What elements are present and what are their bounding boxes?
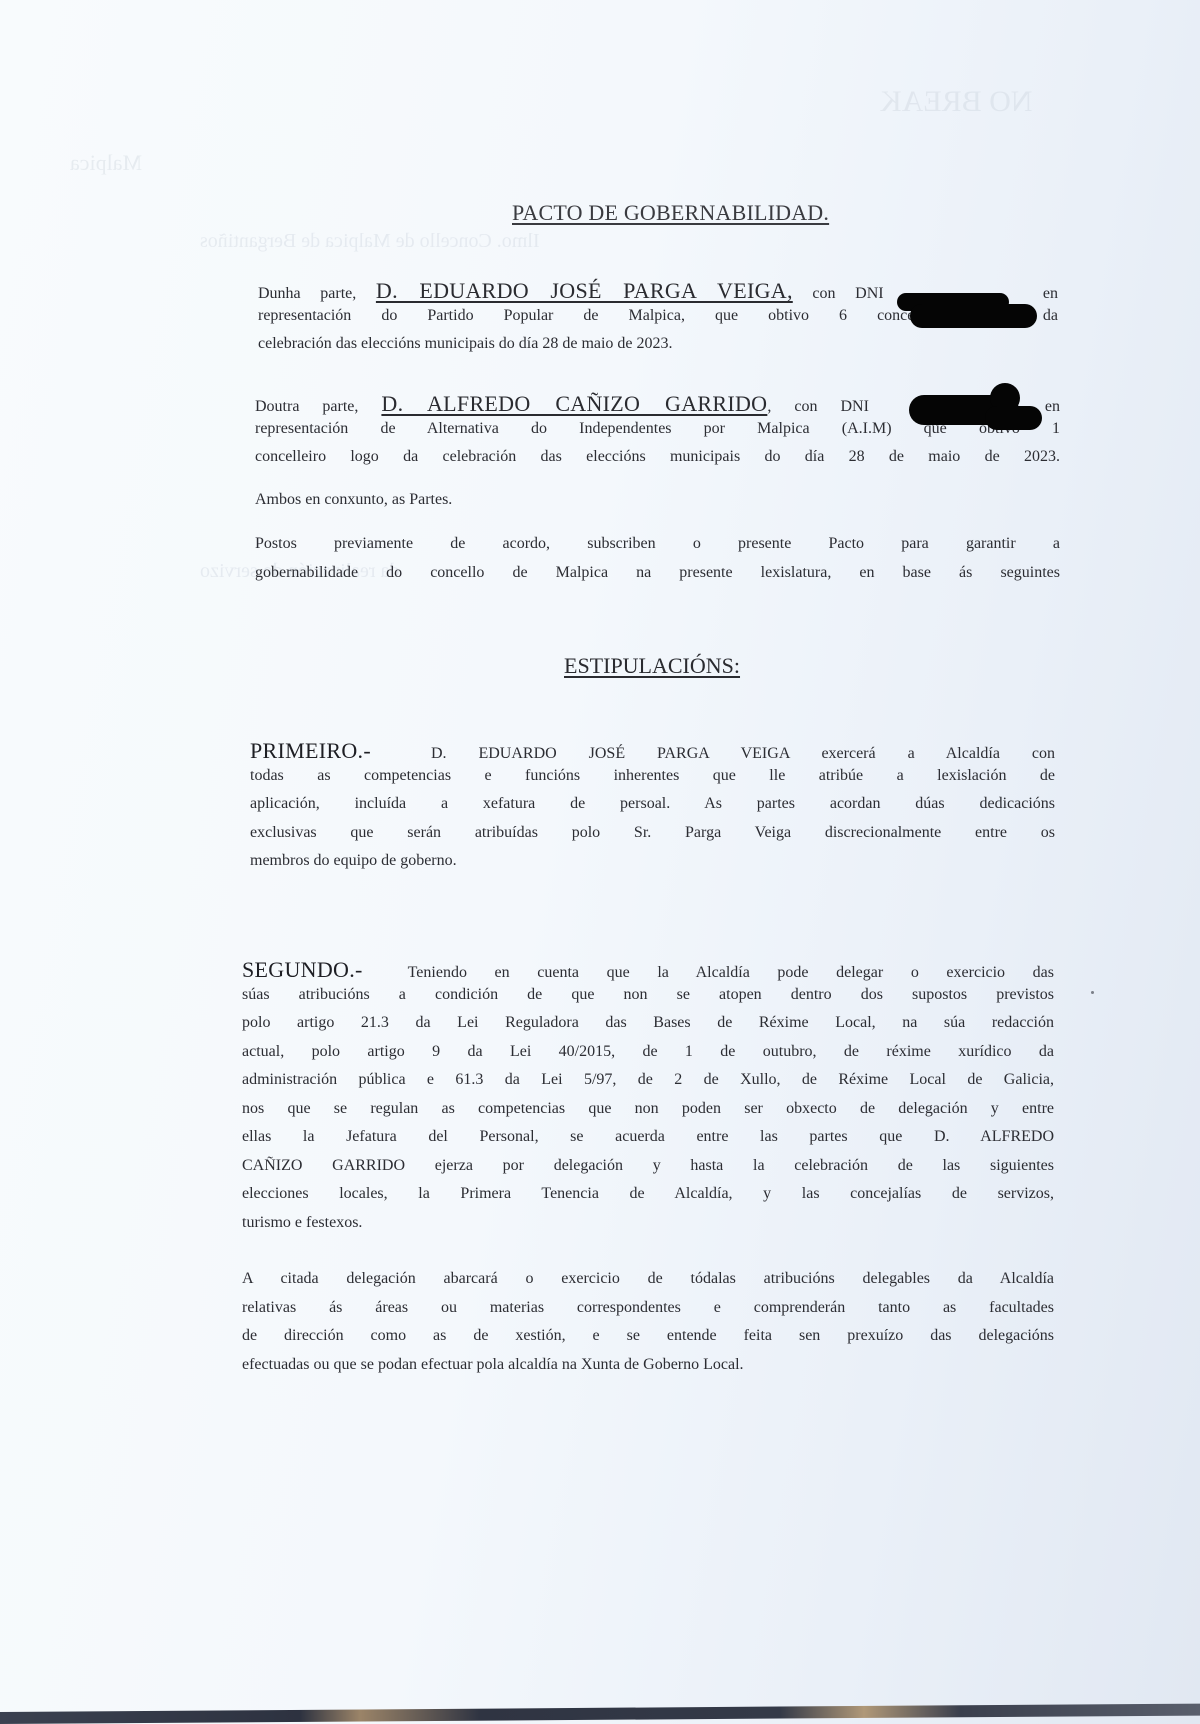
clause-1-line-2: todas as competencias e funcións inheren… (250, 767, 1055, 796)
clause-2-line-3: polo artigo 21.3 da Lei Reguladora das B… (242, 1014, 1054, 1043)
both-parties-line: Ambos en conxunto, as Partes. (255, 491, 1060, 520)
clause-2-line-8: CAÑIZO GARRIDO ejerza por delegación y h… (242, 1157, 1054, 1186)
redaction-dni-1-lower (910, 304, 1037, 328)
party-1-line-3: celebración das eleccións municipais do … (258, 335, 1058, 364)
party-2-name: D. ALFREDO CAÑIZO GARRIDO (381, 391, 767, 416)
redaction-dni-2-tail (985, 406, 1042, 430)
closing-line-4: efectuadas ou que se podan efectuar pola… (242, 1356, 1054, 1385)
clause-1-line-4: exclusivas que serán atribuídas polo Sr.… (250, 824, 1055, 853)
party-2-line-3: concelleiro logo da celebración das elec… (255, 448, 1060, 477)
closing-line-2: relativas ás áreas ou materias correspon… (242, 1299, 1054, 1328)
document-page: NO BREAK Malpica Ilmo. Concello de Malpi… (0, 0, 1200, 1712)
clause-1-line-5: membros do equipo de goberno. (250, 852, 1055, 881)
clause-2-label: SEGUNDO.- (242, 957, 363, 982)
stray-mark (1091, 991, 1094, 994)
party-1-name: D. EDUARDO JOSÉ PARGA VEIGA, (376, 278, 793, 303)
clause-1-line-1: PRIMEIRO.-D. EDUARDO JOSÉ PARGA VEIGA ex… (250, 738, 1055, 767)
clause-2-line-2: súas atribucións a condición de que non … (242, 986, 1054, 1015)
preamble-line-2: gobernabilidade do concello de Malpica n… (255, 564, 1060, 593)
clause-1-line-3: aplicación, incluída a xefatura de perso… (250, 795, 1055, 824)
clause-2-line-10: turismo e festexos. (242, 1214, 1054, 1243)
stipulations-heading: ESTIPULACIÓNS: (564, 653, 740, 679)
clause-primeiro: PRIMEIRO.-D. EDUARDO JOSÉ PARGA VEIGA ex… (250, 738, 1055, 881)
closing-line-1: A citada delegación abarcará o exercicio… (242, 1270, 1054, 1299)
clause-1-label: PRIMEIRO.- (250, 738, 371, 763)
preamble-line-1: Postos previamente de acordo, subscriben… (255, 535, 1060, 564)
bleed-through-text: Malpica (70, 150, 142, 176)
preamble-paragraph: Postos previamente de acordo, subscriben… (255, 535, 1060, 592)
clause-2-line-9: elecciones locales, la Primera Tenencia … (242, 1185, 1054, 1214)
document-title: PACTO DE GOBERNABILIDAD. (512, 200, 829, 226)
clause-2-line-7: ellas la Jefatura del Personal, se acuer… (242, 1128, 1054, 1157)
closing-line-3: de dirección como as de xestión, e se en… (242, 1327, 1054, 1356)
bleed-through-text: NO BREAK (880, 85, 1033, 119)
clause-2-line-5: administración pública e 61.3 da Lei 5/9… (242, 1071, 1054, 1100)
bleed-through-text: Ilmo. Concello de Malpica de Bergantiños (200, 230, 540, 253)
closing-paragraph: A citada delegación abarcará o exercicio… (242, 1270, 1054, 1384)
clause-2-line-4: actual, polo artigo 9 da Lei 40/2015, de… (242, 1043, 1054, 1072)
clause-2-line-1: SEGUNDO.-Teniendo en cuenta que la Alcal… (242, 957, 1054, 986)
clause-segundo: SEGUNDO.-Teniendo en cuenta que la Alcal… (242, 957, 1054, 1242)
clause-2-line-6: nos que se regulan as competencias que n… (242, 1100, 1054, 1129)
